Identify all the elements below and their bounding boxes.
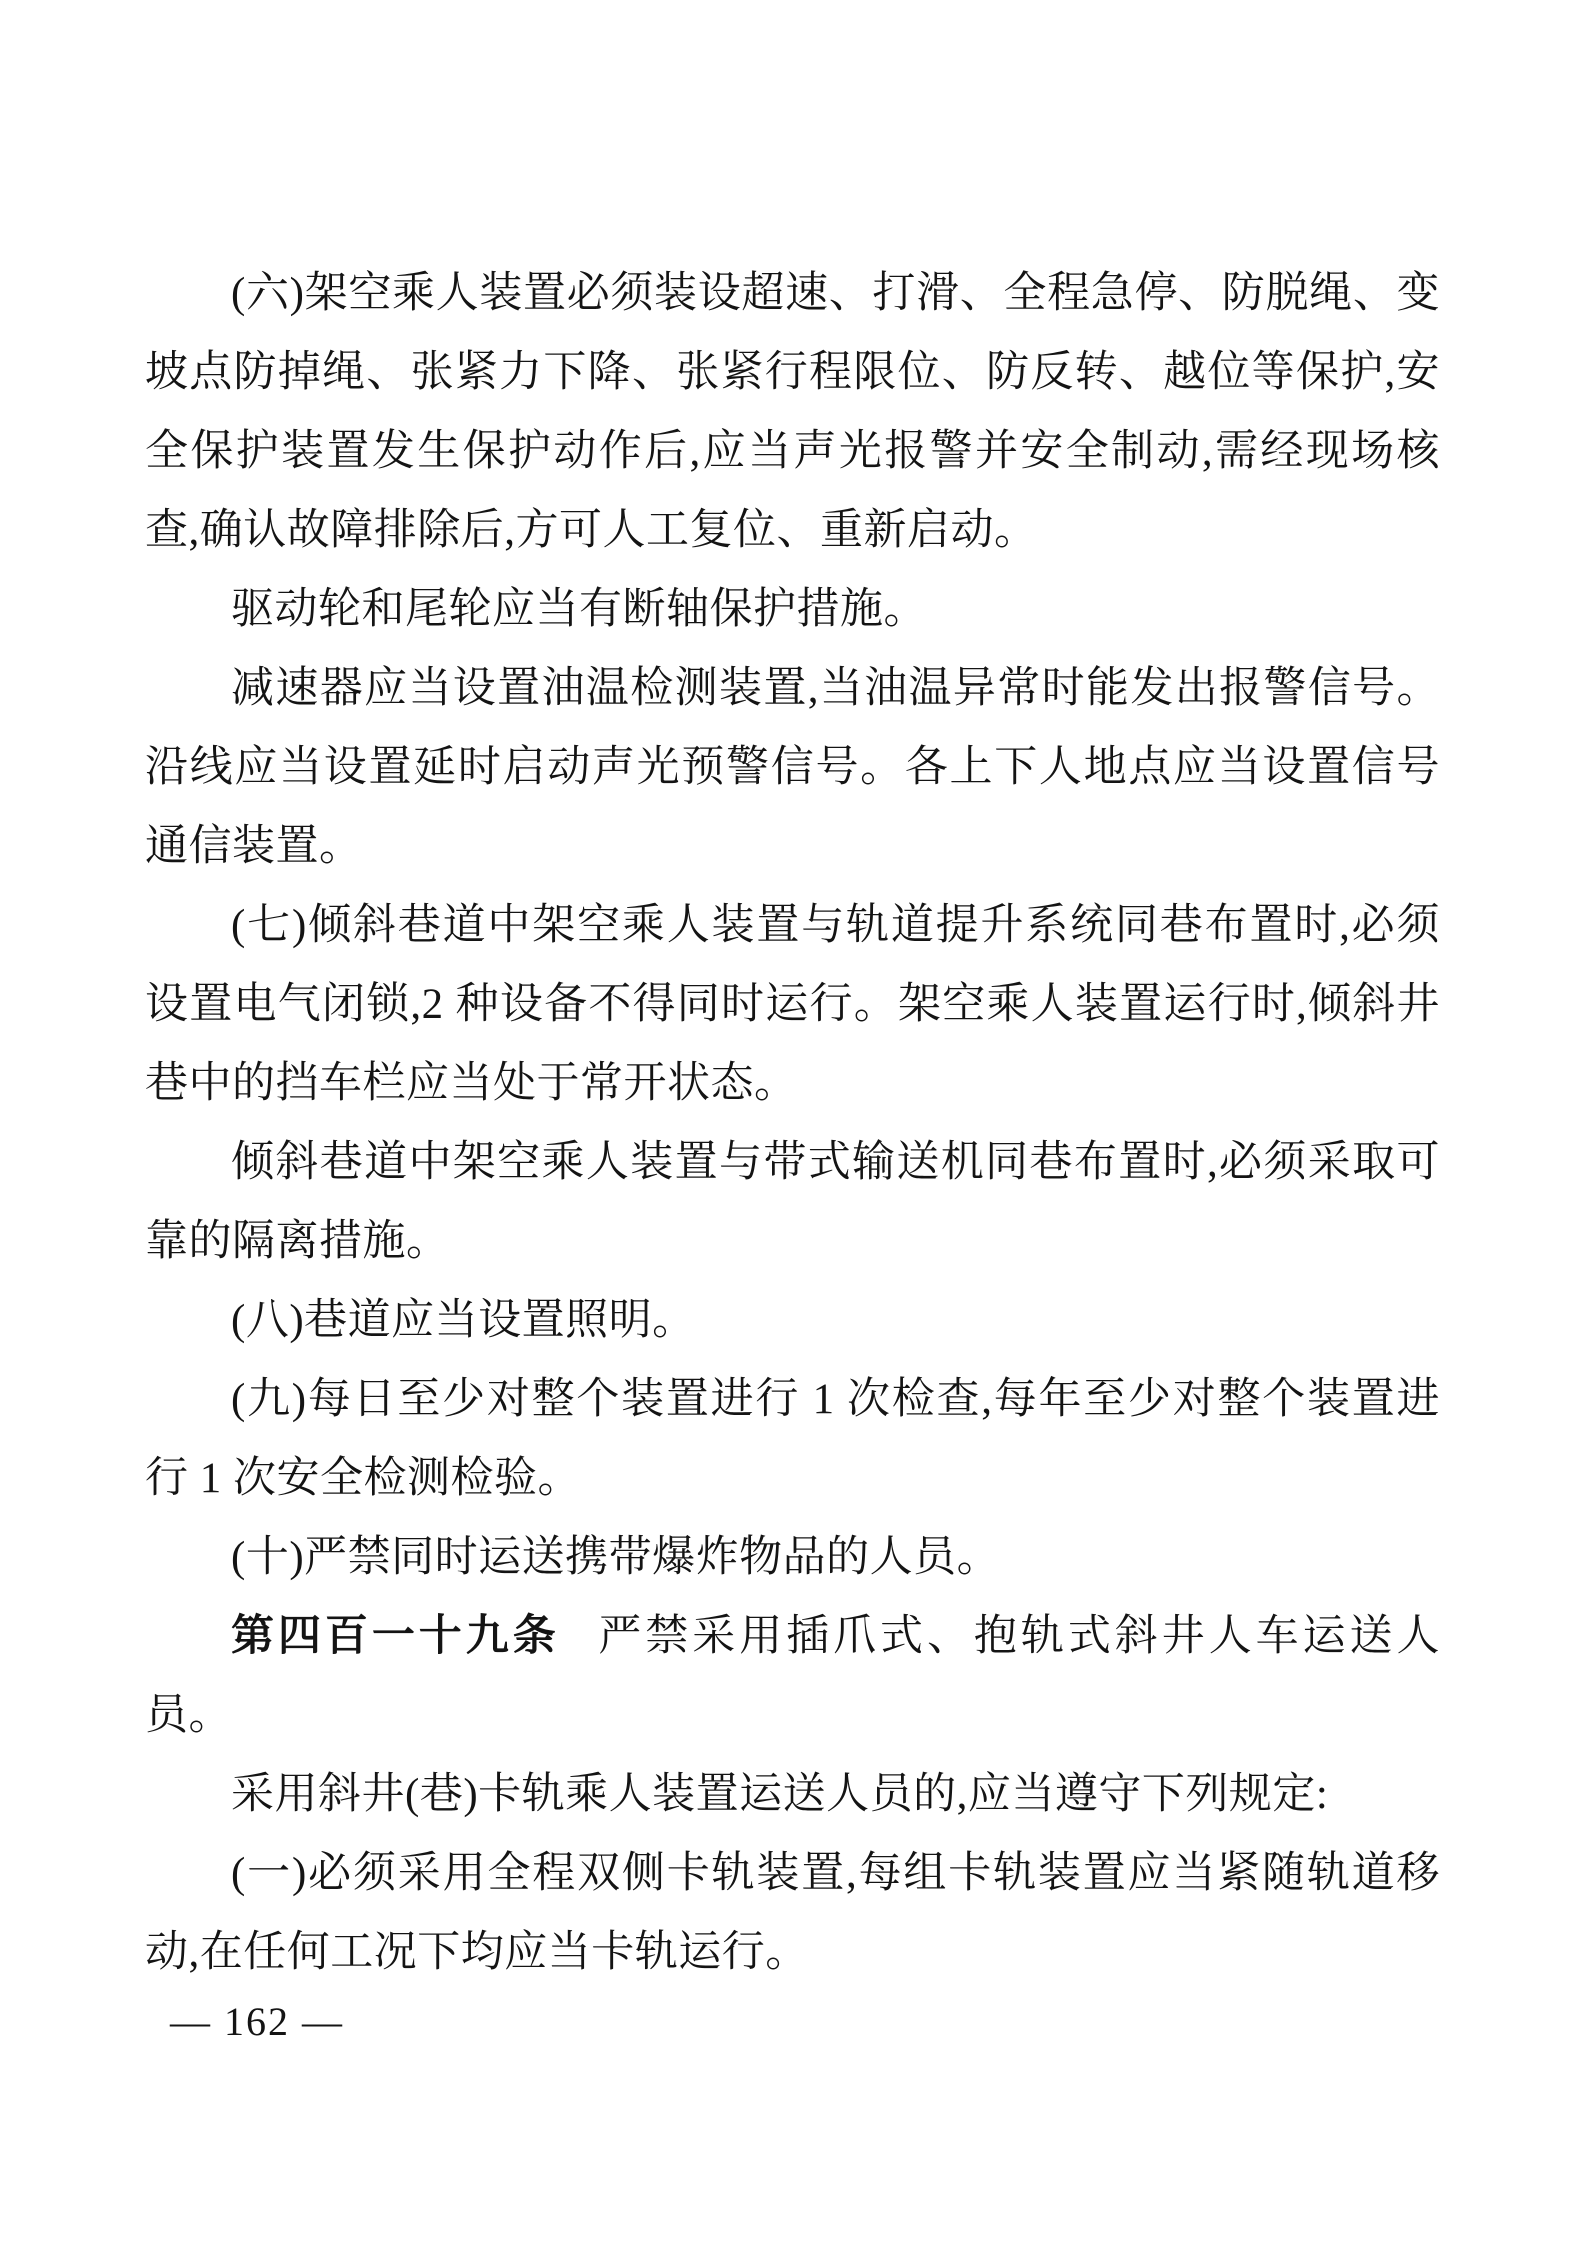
paragraph-item-10: (十)严禁同时运送携带爆炸物品的人员。 xyxy=(145,1518,1440,1597)
paragraph-item-7: (七)倾斜巷道中架空乘人装置与轨道提升系统同巷布置时,必须设置电气闭锁,2 种设… xyxy=(145,886,1440,1123)
paragraph-item-6: (六)架空乘人装置必须装设超速、打滑、全程急停、防脱绳、变坡点防掉绳、张紧力下降… xyxy=(145,254,1440,570)
paragraph-belt-conveyor: 倾斜巷道中架空乘人装置与带式输送机同巷布置时,必须采取可靠的隔离措施。 xyxy=(145,1123,1440,1281)
paragraph-rail-clamp-intro: 采用斜井(巷)卡轨乘人装置运送人员的,应当遵守下列规定: xyxy=(145,1755,1440,1834)
page-content: (六)架空乘人装置必须装设超速、打滑、全程急停、防脱绳、变坡点防掉绳、张紧力下降… xyxy=(145,254,1440,1992)
paragraph-item-9: (九)每日至少对整个装置进行 1 次检查,每年至少对整个装置进行 1 次安全检测… xyxy=(145,1360,1440,1518)
document-page: (六)架空乘人装置必须装设超速、打滑、全程急停、防脱绳、变坡点防掉绳、张紧力下降… xyxy=(0,0,1587,2245)
page-number: — 162 — xyxy=(170,2000,344,2044)
paragraph-item-1: (一)必须采用全程双侧卡轨装置,每组卡轨装置应当紧随轨道移动,在任何工况下均应当… xyxy=(145,1834,1440,1992)
article-number-label: 第四百一十九条 xyxy=(231,1613,560,1660)
paragraph-reducer: 减速器应当设置油温检测装置,当油温异常时能发出报警信号。沿线应当设置延时启动声光… xyxy=(145,649,1440,886)
paragraph-item-8: (八)巷道应当设置照明。 xyxy=(145,1281,1440,1360)
paragraph-article-419: 第四百一十九条严禁采用插爪式、抱轨式斜井人车运送人员。 xyxy=(145,1597,1440,1755)
paragraph-drive-wheel: 驱动轮和尾轮应当有断轴保护措施。 xyxy=(145,570,1440,649)
